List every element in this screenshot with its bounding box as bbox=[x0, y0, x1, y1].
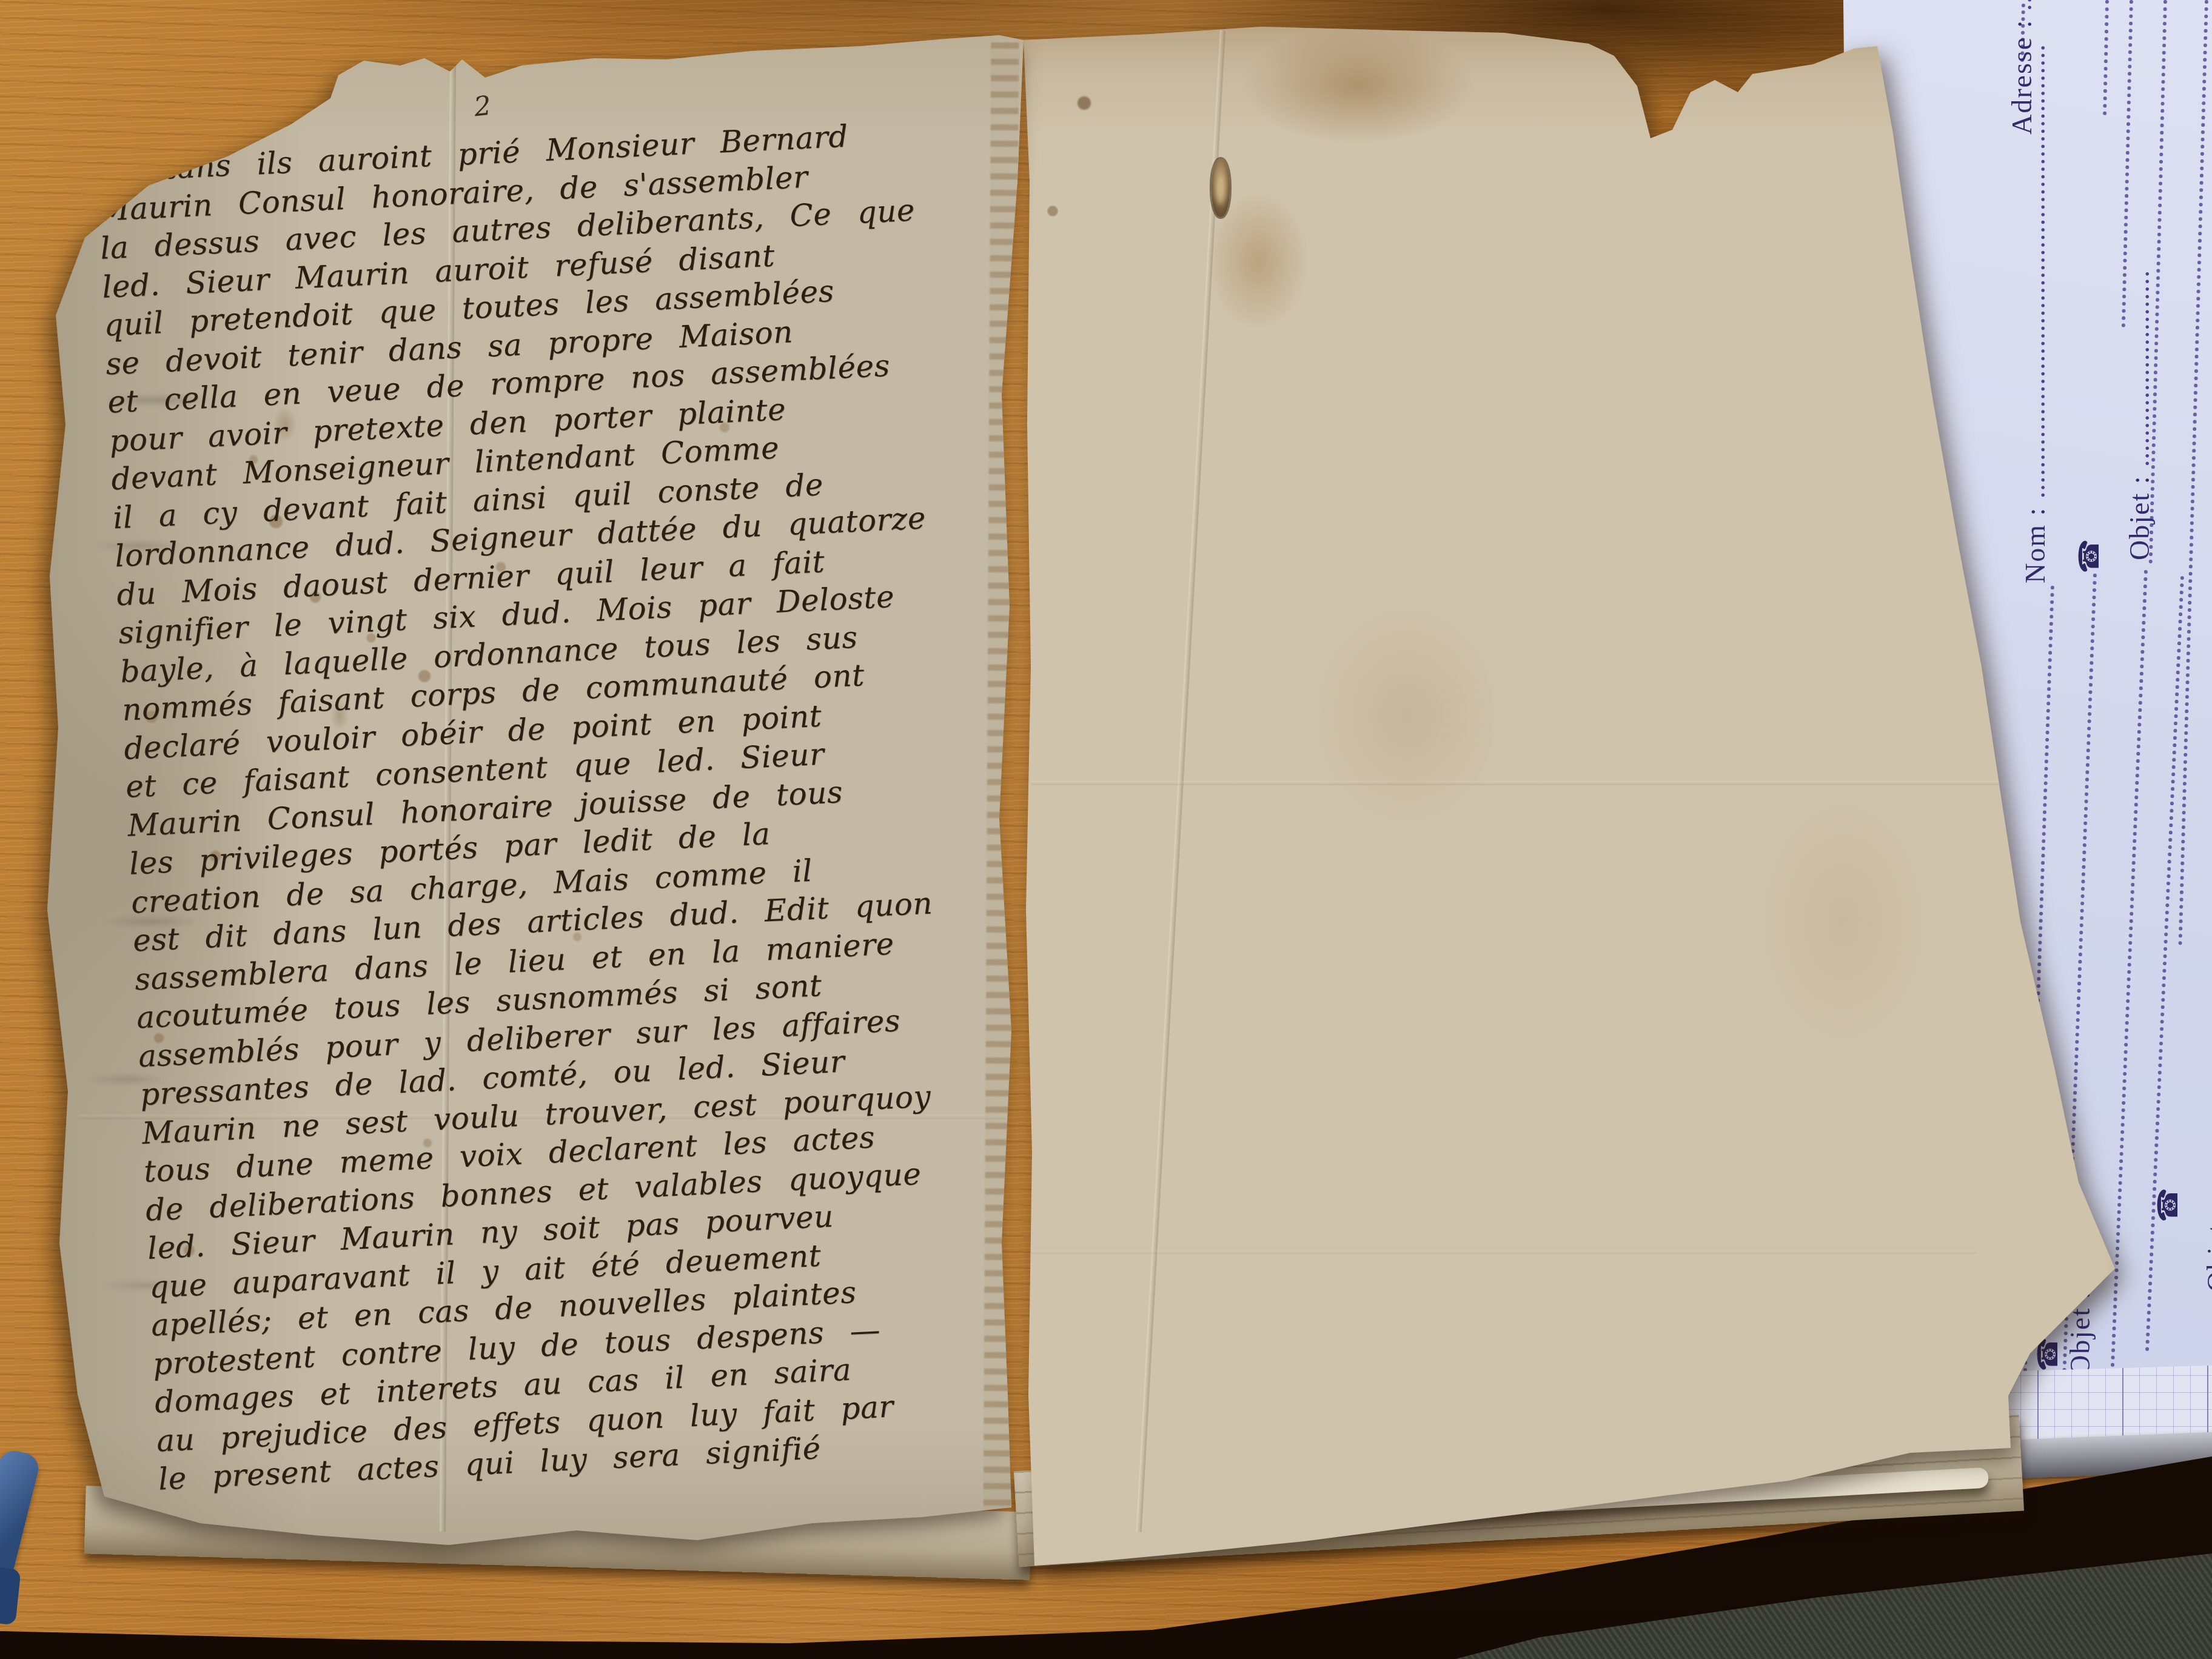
manuscript-text-block: habitans ils auroint prié Monsieur Berna… bbox=[96, 109, 1080, 1499]
manuscript-page-left: 2 habitans ils auroint prié Monsieur Ber… bbox=[0, 0, 2212, 1659]
photo-archival-document: Adresse : ..............................… bbox=[0, 0, 2212, 1659]
page-left-shadow: 2 habitans ils auroint prié Monsieur Ber… bbox=[0, 0, 2212, 1659]
folio-number: 2 bbox=[472, 90, 492, 123]
